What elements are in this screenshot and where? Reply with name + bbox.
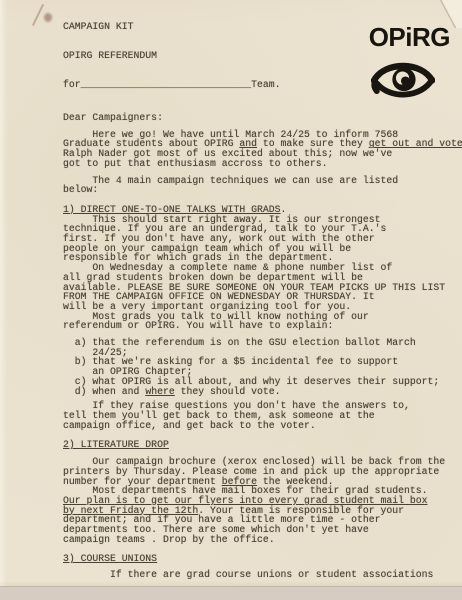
section-1-closing: If they raise questions you don't have t… <box>63 401 456 430</box>
section-2-para-1: Our campaign brochure (xerox enclosed) w… <box>63 457 456 486</box>
referendum-title: OPIRG REFERENDUM <box>63 51 157 61</box>
text-run: referendum or OPIRG. You will have to ex… <box>63 320 333 331</box>
paper-stain-dot <box>44 13 52 22</box>
team-label: Team. <box>251 79 280 90</box>
underlined-text-run: 2) LITERATURE DROP <box>63 439 169 450</box>
text-run: campaign teams . Drop by the office. <box>63 534 275 545</box>
text-run: they should vote. <box>175 386 281 397</box>
section-1-body: This should start right away. It is our … <box>63 215 456 331</box>
doc-line: referendum or OPIRG. You will have to ex… <box>63 321 456 331</box>
text-run: The 4 main campaign techniques we can us… <box>63 175 398 186</box>
scan-bottom-edge <box>0 586 462 600</box>
opirg-eye-icon <box>371 56 435 103</box>
underlined-text-run: where <box>145 386 174 397</box>
salutation: Dear Campaigners: <box>63 113 456 123</box>
opirg-wordmark: OPiRG <box>369 24 450 50</box>
text-run: If there are grad course unions or stude… <box>63 569 433 580</box>
doc-line: campaign teams . Drop by the office. <box>63 535 456 545</box>
doc-line: campaign office, and get back to the vot… <box>63 421 456 431</box>
opirg-logo: OPiRG <box>369 24 450 103</box>
text-run: got to put that enthusiasm accross to ot… <box>63 158 328 169</box>
text-run: d) when and <box>63 386 145 397</box>
scanned-page: CAMPAIGN KIT OPIRG REFERENDUM for_______… <box>0 0 462 600</box>
blank-underscore-line: _____________________________ <box>81 79 252 90</box>
explain-list: a) that the referendum is on the GSU ele… <box>63 338 456 396</box>
for-label: for <box>63 79 81 90</box>
text-run: below: <box>63 184 98 195</box>
doc-line: If there are grad course unions or stude… <box>63 570 456 580</box>
section-3-para: If there are grad course unions or stude… <box>63 570 456 580</box>
document-body: Dear Campaigners: Here we go! We have un… <box>63 113 456 580</box>
doc-line: d) when and where they should vote. <box>63 387 456 397</box>
doc-line: got to put that enthusiasm accross to ot… <box>63 159 456 169</box>
doc-line: 3) COURSE UNIONS <box>63 554 456 564</box>
techniques-paragraph: The 4 main campaign techniques we can us… <box>63 176 456 195</box>
section-2-para-2: Most departments have mail boxes for the… <box>63 486 456 544</box>
doc-line: The 4 main campaign techniques we can us… <box>63 176 456 186</box>
section-2-heading: 2) LITERATURE DROP <box>63 440 456 450</box>
intro-paragraph: Here we go! We have until March 24/25 to… <box>63 130 456 169</box>
doc-line: Dear Campaigners: <box>63 113 456 123</box>
doc-line: 2) LITERATURE DROP <box>63 440 456 450</box>
text-run: Dear Campaigners: <box>63 112 163 123</box>
team-fill-in-line: for_____________________________Team. <box>63 80 281 90</box>
section-3-heading: 3) COURSE UNIONS <box>63 554 456 564</box>
scan-left-edge <box>0 0 7 600</box>
underlined-text-run: 3) COURSE UNIONS <box>63 553 157 564</box>
campaign-kit-title: CAMPAIGN KIT <box>63 22 134 32</box>
text-run: campaign office, and get back to the vot… <box>63 420 316 431</box>
paper-stain-scratch <box>32 4 44 26</box>
doc-line: below: <box>63 185 456 195</box>
